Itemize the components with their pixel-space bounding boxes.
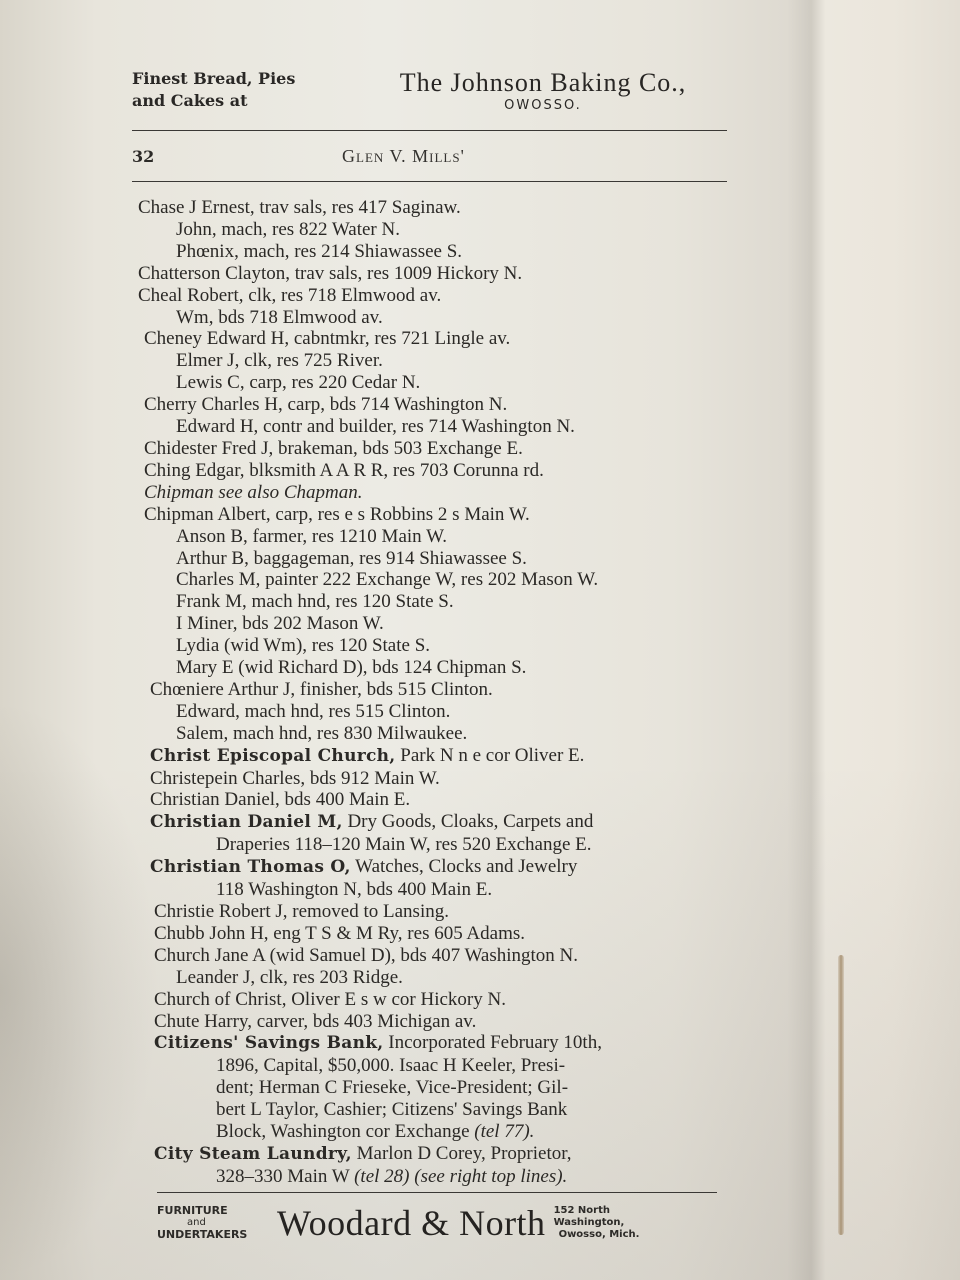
running-head-rule bbox=[132, 181, 727, 182]
ad-services: FURNITURE and UNDERTAKERS bbox=[157, 1205, 277, 1241]
directory-entry: Elmer J, clk, res 725 River. bbox=[132, 350, 732, 372]
directory-entry: Charles M, painter 222 Exchange W, res 2… bbox=[132, 569, 732, 591]
running-head: 32 Glen V. Mills' bbox=[132, 131, 732, 181]
directory-entry: Cherry Charles H, carp, bds 714 Washingt… bbox=[132, 394, 732, 416]
directory-entry: Mary E (wid Richard D), bds 124 Chipman … bbox=[132, 657, 732, 679]
directory-entry-business: Christ Episcopal Church, Park N n e cor … bbox=[132, 745, 732, 768]
directory-entry: Church Jane A (wid Samuel D), bds 407 Wa… bbox=[132, 945, 732, 967]
directory-entry: Chatterson Clayton, trav sals, res 1009 … bbox=[132, 263, 732, 285]
top-advertisement: Finest Bread, Pies and Cakes at The John… bbox=[132, 68, 732, 126]
directory-entry: Phœnix, mach, res 214 Shiawassee S. bbox=[132, 241, 732, 263]
directory-entry-continuation: 118 Washington N, bds 400 Main E. bbox=[132, 879, 732, 901]
ad-brand-name: Woodard & North bbox=[277, 1203, 554, 1243]
binding-crack bbox=[838, 955, 844, 1235]
directory-entry: John, mach, res 822 Water N. bbox=[132, 219, 732, 241]
ad-company-city: OWOSSO. bbox=[354, 98, 732, 114]
directory-entry: Chidester Fred J, brakeman, bds 503 Exch… bbox=[132, 438, 732, 460]
directory-entry: Chase J Ernest, trav sals, res 417 Sagin… bbox=[132, 197, 732, 219]
directory-entry: Anson B, farmer, res 1210 Main W. bbox=[132, 526, 732, 548]
ad-tagline-line-2: and Cakes at bbox=[132, 90, 354, 112]
bottom-advertisement: FURNITURE and UNDERTAKERS Woodard & Nort… bbox=[157, 1203, 717, 1243]
directory-page: Finest Bread, Pies and Cakes at The John… bbox=[132, 68, 732, 1188]
directory-entry-business: City Steam Laundry, Marlon D Corey, Prop… bbox=[132, 1143, 732, 1166]
directory-entry: Ching Edgar, blksmith A A R R, res 703 C… bbox=[132, 460, 732, 482]
directory-entry: Chipman Albert, carp, res e s Robbins 2 … bbox=[132, 504, 732, 526]
directory-entry: Church of Christ, Oliver E s w cor Hicko… bbox=[132, 989, 732, 1011]
directory-entry: Chubb John H, eng T S & M Ry, res 605 Ad… bbox=[132, 923, 732, 945]
directory-entry-business: Christian Daniel M, Dry Goods, Cloaks, C… bbox=[132, 811, 732, 834]
directory-entry: Christie Robert J, removed to Lansing. bbox=[132, 901, 732, 923]
ad-address: 152 North Washington, Owosso, Mich. bbox=[554, 1205, 640, 1241]
ad-company: The Johnson Baking Co., OWOSSO. bbox=[354, 68, 732, 114]
directory-entry: Salem, mach hnd, res 830 Milwaukee. bbox=[132, 723, 732, 745]
directory-entry-business: Citizens' Savings Bank, Incorporated Feb… bbox=[132, 1032, 732, 1055]
ad-address-line-2: Washington, bbox=[554, 1217, 640, 1229]
directory-entry: Wm, bds 718 Elmwood av. bbox=[132, 307, 732, 329]
directory-entry-continuation: 328–330 Main W (tel 28) (see right top l… bbox=[132, 1166, 732, 1188]
directory-entry: Frank M, mach hnd, res 120 State S. bbox=[132, 591, 732, 613]
directory-entry-business: Christian Thomas O, Watches, Clocks and … bbox=[132, 856, 732, 879]
directory-entry: Edward H, contr and builder, res 714 Was… bbox=[132, 416, 732, 438]
ad-tagline: Finest Bread, Pies and Cakes at bbox=[132, 68, 354, 112]
directory-entry-continuation: Block, Washington cor Exchange (tel 77). bbox=[132, 1121, 732, 1143]
directory-entry: Cheal Robert, clk, res 718 Elmwood av. bbox=[132, 285, 732, 307]
running-title: Glen V. Mills' bbox=[342, 146, 465, 167]
page-number: 32 bbox=[132, 147, 342, 166]
cross-reference: Chipman see also Chapman. bbox=[132, 482, 732, 504]
directory-entry: Chute Harry, carver, bds 403 Michigan av… bbox=[132, 1011, 732, 1033]
ad-address-line-3: Owosso, Mich. bbox=[554, 1229, 640, 1241]
directory-entry: Leander J, clk, res 203 Ridge. bbox=[132, 967, 732, 989]
directory-entry: I Miner, bds 202 Mason W. bbox=[132, 613, 732, 635]
ad-tagline-line-1: Finest Bread, Pies bbox=[132, 68, 354, 90]
directory-entry: Lydia (wid Wm), res 120 State S. bbox=[132, 635, 732, 657]
directory-entry: Edward, mach hnd, res 515 Clinton. bbox=[132, 701, 732, 723]
directory-entry-continuation: dent; Herman C Frieseke, Vice-President;… bbox=[132, 1077, 732, 1099]
directory-entry: Christepein Charles, bds 912 Main W. bbox=[132, 768, 732, 790]
ad-company-name: The Johnson Baking Co., bbox=[354, 68, 732, 98]
directory-entry-continuation: 1896, Capital, $50,000. Isaac H Keeler, … bbox=[132, 1055, 732, 1077]
directory-entries: Chase J Ernest, trav sals, res 417 Sagin… bbox=[132, 197, 732, 1188]
directory-entry-continuation: Draperies 118–120 Main W, res 520 Exchan… bbox=[132, 834, 732, 856]
footer-rule bbox=[157, 1192, 717, 1193]
directory-entry: Cheney Edward H, cabntmkr, res 721 Lingl… bbox=[132, 328, 732, 350]
directory-entry-continuation: bert L Taylor, Cashier; Citizens' Saving… bbox=[132, 1099, 732, 1121]
ad-address-line-1: 152 North bbox=[554, 1205, 640, 1217]
directory-entry: Chœniere Arthur J, finisher, bds 515 Cli… bbox=[132, 679, 732, 701]
directory-entry: Lewis C, carp, res 220 Cedar N. bbox=[132, 372, 732, 394]
ad-services-line-3: UNDERTAKERS bbox=[157, 1228, 247, 1241]
directory-entry: Christian Daniel, bds 400 Main E. bbox=[132, 789, 732, 811]
directory-entry: Arthur B, baggageman, res 914 Shiawassee… bbox=[132, 548, 732, 570]
ad-services-line-1: FURNITURE bbox=[157, 1204, 228, 1217]
